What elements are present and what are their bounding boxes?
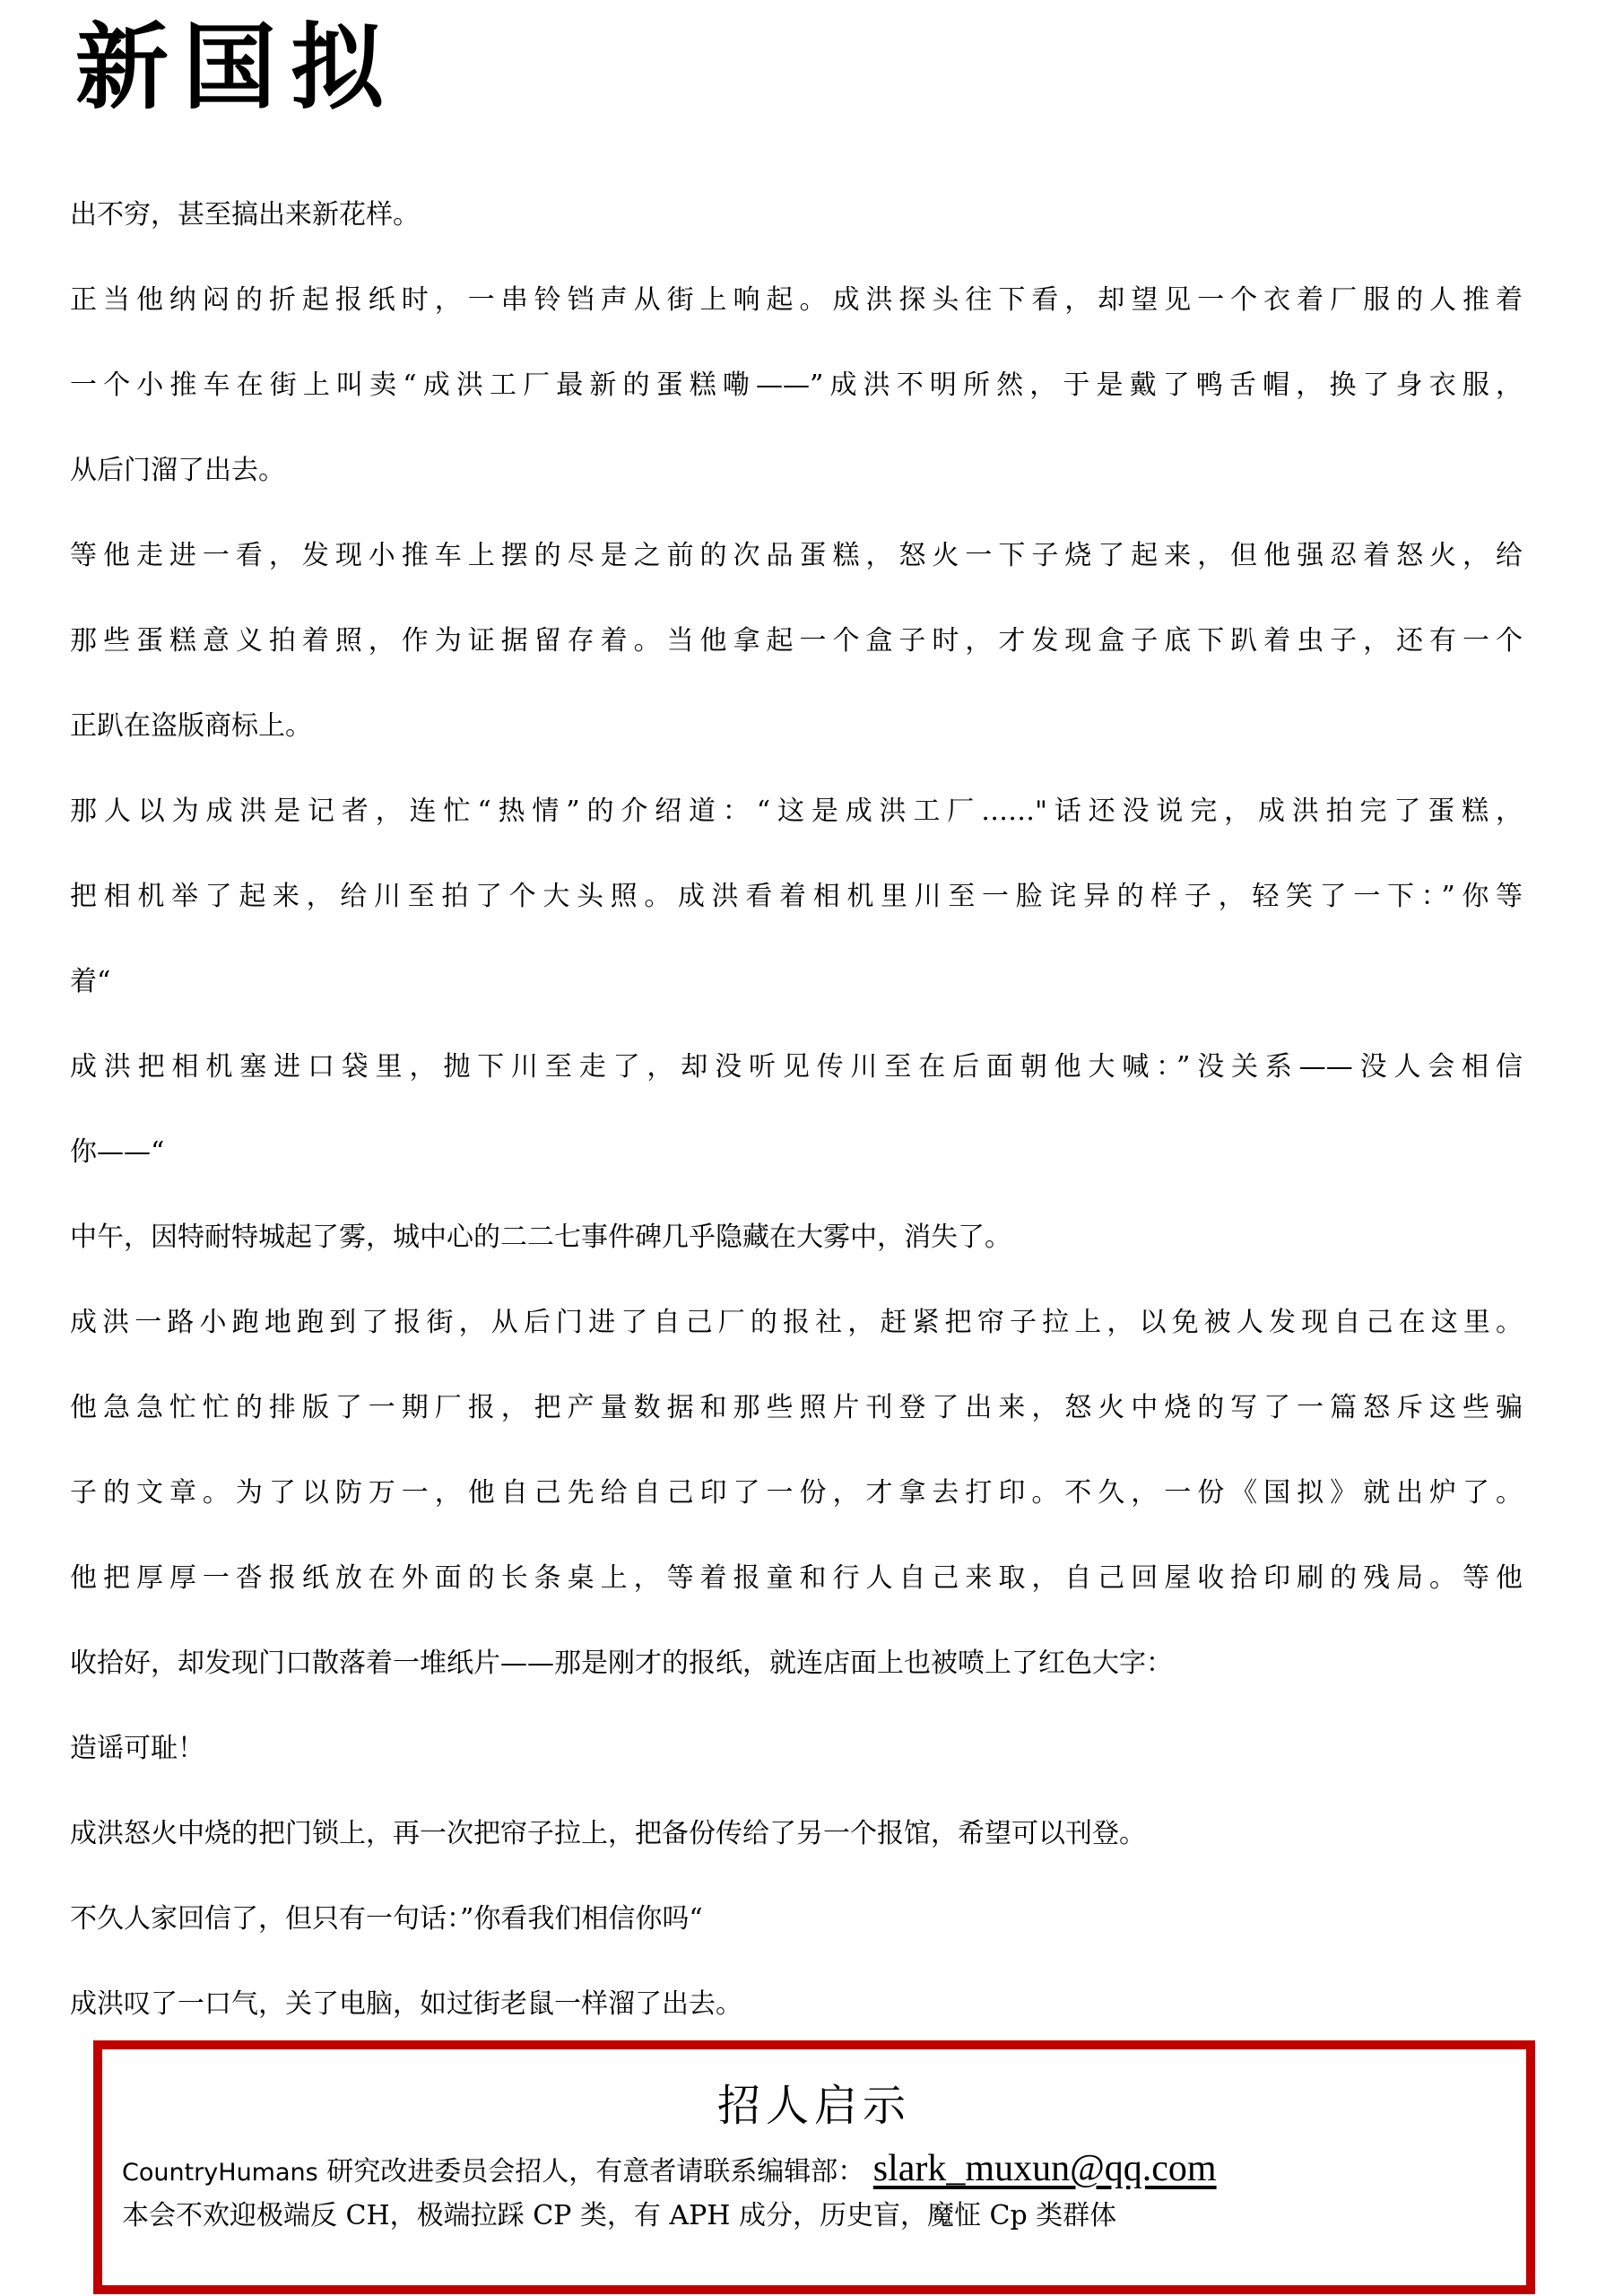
notice-org-name: CountryHumans bbox=[122, 2159, 318, 2187]
story-line: 子的文章。为了以防万一，他自己先给自己印了一份，才拿去打印。不久，一份《国拟》就… bbox=[70, 1450, 1523, 1535]
story-line: 那人以为成洪是记者，连忙“热情”的介绍道：“这是成洪工厂……"话还没说完，成洪拍… bbox=[70, 769, 1523, 854]
story-line: 不久人家回信了，但只有一句话：”你看我们相信你吗“ bbox=[70, 1876, 1523, 1961]
story-line: 他把厚厚一沓报纸放在外面的长条桌上，等着报童和行人自己来取，自己回屋收拾印刷的残… bbox=[70, 1535, 1523, 1621]
story-line: 正趴在盗版商标上。 bbox=[70, 683, 1523, 769]
story-line: 正当他纳闷的折起报纸时，一串铃铛声从街上响起。成洪探头往下看，却望见一个衣着厂服… bbox=[70, 257, 1523, 343]
story-line: 造谣可耻！ bbox=[70, 1706, 1523, 1791]
story-line: 等他走进一看，发现小推车上摆的尽是之前的次品蛋糕，怒火一下子烧了起来，但他强忍着… bbox=[70, 513, 1523, 598]
story-line: 那些蛋糕意义拍着照，作为证据留存着。当他拿起一个盒子时，才发现盒子底下趴着虫子，… bbox=[70, 598, 1523, 683]
notice-title: 招人启示 bbox=[102, 2071, 1526, 2133]
page-title: 新国拟 bbox=[75, 16, 398, 118]
notice-contact-text: 研究改进委员会招人，有意者请联系编辑部： bbox=[318, 2156, 873, 2187]
story-line: 你——“ bbox=[70, 1109, 1523, 1195]
document-page: 新国拟 出不穷，甚至搞出来新花样。正当他纳闷的折起报纸时，一串铃铛声从街上响起。… bbox=[0, 0, 1623, 2296]
story-line: 把相机举了起来，给川至拍了个大头照。成洪看着相机里川至一脸诧异的样子，轻笑了一下… bbox=[70, 854, 1523, 939]
notice-contact-line: CountryHumans 研究改进委员会招人，有意者请联系编辑部： slark… bbox=[102, 2147, 1526, 2195]
contact-email-link[interactable]: slark_muxun@qq.com bbox=[873, 2148, 1217, 2189]
story-text: 出不穷，甚至搞出来新花样。正当他纳闷的折起报纸时，一串铃铛声从街上响起。成洪探头… bbox=[70, 172, 1523, 2047]
story-line: 成洪叹了一口气，关了电脑，如过街老鼠一样溜了出去。 bbox=[70, 1961, 1523, 2047]
notice-rules-line: 本会不欢迎极端反 CH，极端拉踩 CP 类，有 APH 成分，历史盲，魔怔 Cp… bbox=[102, 2195, 1526, 2238]
story-line: 一个小推车在街上叫卖“成洪工厂最新的蛋糕嘞——”成洪不明所然，于是戴了鸭舌帽，换… bbox=[70, 343, 1523, 428]
story-line: 出不穷，甚至搞出来新花样。 bbox=[70, 172, 1523, 257]
story-line: 他急急忙忙的排版了一期厂报，把产量数据和那些照片刊登了出来，怒火中烧的写了一篇怒… bbox=[70, 1365, 1523, 1450]
recruitment-notice-box: 招人启示 CountryHumans 研究改进委员会招人，有意者请联系编辑部： … bbox=[93, 2040, 1535, 2294]
story-line: 成洪把相机塞进口袋里，抛下川至走了，却没听见传川至在后面朝他大喊：”没关系——没… bbox=[70, 1024, 1523, 1109]
story-line: 着“ bbox=[70, 939, 1523, 1024]
story-line: 成洪一路小跑地跑到了报街，从后门进了自己厂的报社，赶紧把帘子拉上，以免被人发现自… bbox=[70, 1280, 1523, 1365]
story-line: 收拾好，却发现门口散落着一堆纸片——那是刚才的报纸，就连店面上也被喷上了红色大字… bbox=[70, 1621, 1523, 1706]
story-line: 从后门溜了出去。 bbox=[70, 428, 1523, 513]
story-line: 成洪怒火中烧的把门锁上，再一次把帘子拉上，把备份传给了另一个报馆，希望可以刊登。 bbox=[70, 1791, 1523, 1876]
story-line: 中午，因特耐特城起了雾，城中心的二二七事件碑几乎隐藏在大雾中，消失了。 bbox=[70, 1195, 1523, 1280]
